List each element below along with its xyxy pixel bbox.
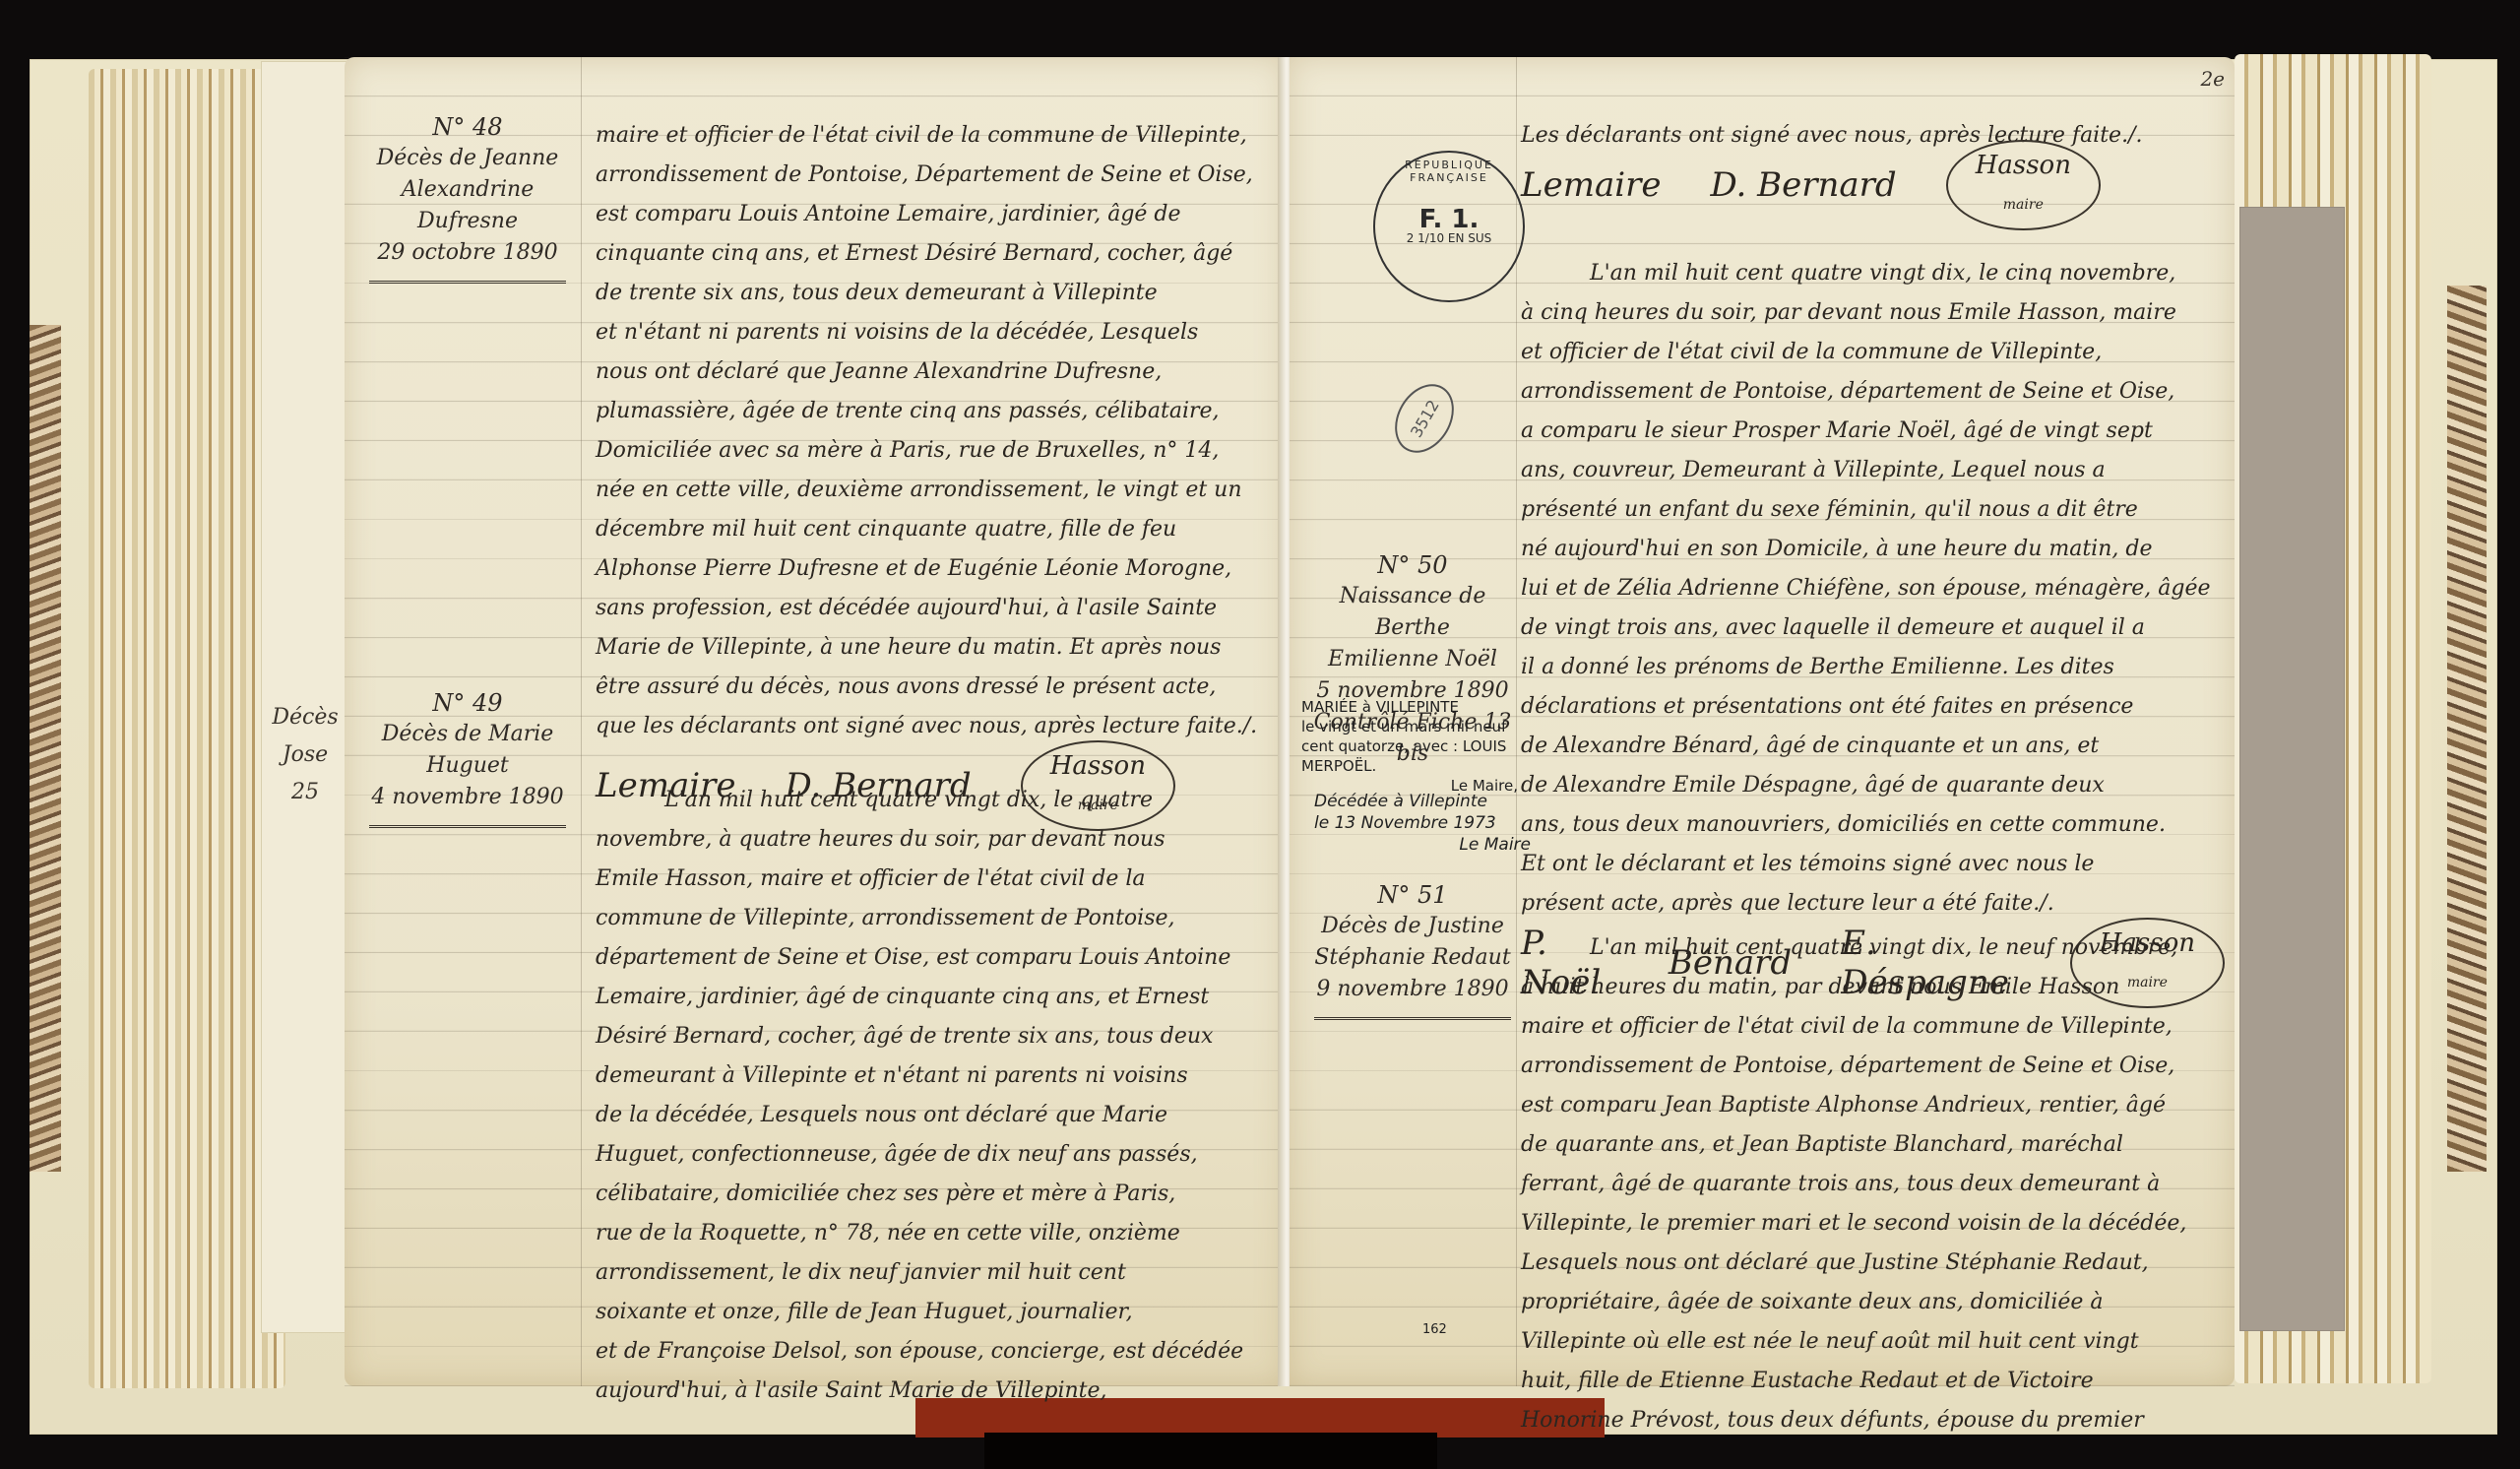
text-line: présent acte, après que lecture leur a é… bbox=[1521, 884, 2225, 924]
text-line: arrondissement de Pontoise, département … bbox=[1521, 372, 2225, 412]
marbled-board-left bbox=[30, 325, 61, 1172]
act-48-text: maire et officier de l'état civil de la … bbox=[596, 116, 1275, 825]
act-number: N° 48 bbox=[359, 111, 576, 143]
stamp-value: 2 1/10 EN SUS bbox=[1407, 231, 1492, 245]
act-title: Stéphanie Redaut bbox=[1304, 942, 1521, 974]
annotation-line: le vingt et un mars mil neuf bbox=[1301, 717, 1518, 736]
right-page: 2e RÉPUBLIQUE FRANÇAISE F. 1. 2 1/10 EN … bbox=[1290, 57, 2235, 1386]
text-line: huit, fille de Etienne Eustache Redaut e… bbox=[1521, 1362, 2225, 1401]
text-line: ans, couvreur, Demeurant à Villepinte, L… bbox=[1521, 451, 2225, 490]
annotation-line: cent quatorze, avec : LOUIS bbox=[1301, 736, 1518, 756]
text-line: Les déclarants ont signé avec nous, aprè… bbox=[1521, 116, 2225, 156]
text-line: né aujourd'hui en son Domicile, à une he… bbox=[1521, 530, 2225, 569]
text-line: soixante et onze, fille de Jean Huguet, … bbox=[596, 1293, 1275, 1332]
act-date: 9 novembre 1890 bbox=[1304, 974, 1521, 1005]
act-50-text: L'an mil huit cent quatre vingt dix, le … bbox=[1521, 254, 2225, 1002]
text-line: à huit heures du matin, par devant nous … bbox=[1521, 968, 2225, 1007]
text-line: nous ont déclaré que Jeanne Alexandrine … bbox=[596, 352, 1275, 392]
text-line: et n'étant ni parents ni voisins de la d… bbox=[596, 313, 1275, 352]
stamp-ring-text: RÉPUBLIQUE FRANÇAISE bbox=[1375, 159, 1523, 184]
text-line: Domiciliée avec sa mère à Paris, rue de … bbox=[596, 431, 1275, 471]
text-line: célibataire, domiciliée chez ses père et… bbox=[596, 1175, 1275, 1214]
tab-line: Décès bbox=[271, 699, 340, 736]
text-line: arrondissement, le dix neuf janvier mil … bbox=[596, 1253, 1275, 1293]
mayor-label: maire bbox=[1976, 185, 2071, 224]
text-line: déclarations et présentations ont été fa… bbox=[1521, 687, 2225, 727]
act-number: N° 49 bbox=[359, 687, 576, 719]
text-line: de trente six ans, tous deux demeurant à… bbox=[596, 274, 1275, 313]
text-line: Lemaire, jardinier, âgé de cinquante cin… bbox=[596, 978, 1275, 1017]
act-title: Emilienne Noël bbox=[1304, 644, 1521, 675]
divider bbox=[369, 281, 566, 284]
text-line: Marie de Villepinte, à une heure du mati… bbox=[596, 628, 1275, 668]
annotation-line: le 13 Novembre 1973 bbox=[1314, 812, 1531, 834]
margin-entry-48: N° 48 Décès de Jeanne Alexandrine Dufres… bbox=[359, 111, 576, 284]
tab-line: Jose bbox=[271, 736, 340, 774]
death-annotation: Décédée à Villepinte le 13 Novembre 1973… bbox=[1314, 791, 1531, 856]
text-line: propriétaire, âgée de soixante deux ans,… bbox=[1521, 1283, 2225, 1322]
text-line: rue de la Roquette, n° 78, née en cette … bbox=[596, 1214, 1275, 1253]
spine-shadow bbox=[984, 1433, 1437, 1469]
text-line: Lesquels nous ont déclaré que Justine St… bbox=[1521, 1244, 2225, 1283]
text-line: Et ont le déclarant et les témoins signé… bbox=[1521, 845, 2225, 884]
left-page: N° 48 Décès de Jeanne Alexandrine Dufres… bbox=[345, 57, 1285, 1386]
text-line: Villepinte, le premier mari et le second… bbox=[1521, 1204, 2225, 1244]
act-date: 4 novembre 1890 bbox=[359, 782, 576, 813]
text-line: lui et de Zélia Adrienne Chiéfène, son é… bbox=[1521, 569, 2225, 608]
text-line: Désiré Bernard, cocher, âgé de trente si… bbox=[596, 1017, 1275, 1056]
tab-line: 25 bbox=[271, 774, 340, 811]
signature: Hasson bbox=[1050, 751, 1146, 781]
text-line: Villepinte où elle est née le neuf août … bbox=[1521, 1322, 2225, 1362]
tax-stamp: RÉPUBLIQUE FRANÇAISE F. 1. 2 1/10 EN SUS bbox=[1373, 151, 1525, 302]
text-line: Huguet, confectionneuse, âgée de dix neu… bbox=[596, 1135, 1275, 1175]
text-line: que les déclarants ont signé avec nous, … bbox=[596, 707, 1275, 746]
text-line: décembre mil huit cent cinquante quatre,… bbox=[596, 510, 1275, 549]
text-line: plumassière, âgée de trente cinq ans pas… bbox=[596, 392, 1275, 431]
page-edges-left bbox=[89, 69, 285, 1388]
text-line: présenté un enfant du sexe féminin, qu'i… bbox=[1521, 490, 2225, 530]
annotation-line: Décédée à Villepinte bbox=[1314, 791, 1531, 812]
act-title: Décès de Justine bbox=[1304, 911, 1521, 942]
text-line: de la décédée, Lesquels nous ont déclaré… bbox=[596, 1096, 1275, 1135]
divider bbox=[369, 825, 566, 828]
text-line: Emile Hasson, maire et officier de l'éta… bbox=[596, 860, 1275, 899]
signature: Hasson bbox=[1976, 151, 2071, 180]
annotation-line: MARIÉE à VILLEPINTE bbox=[1301, 697, 1518, 717]
act-48-ending: Les déclarants ont signé avec nous, aprè… bbox=[1521, 116, 2225, 215]
act-49-text: L'an mil huit cent quatre vingt dix, le … bbox=[596, 781, 1275, 1411]
text-line: ans, tous deux manouvriers, domiciliés e… bbox=[1521, 805, 2225, 845]
text-line: L'an mil huit cent quatre vingt dix, le … bbox=[1521, 928, 2225, 968]
text-line: de Alexandre Bénard, âgé de cinquante et… bbox=[1521, 727, 2225, 766]
act-title: Décès de Jeanne bbox=[359, 143, 576, 174]
text-line: demeurant à Villepinte et n'étant ni par… bbox=[596, 1056, 1275, 1096]
text-line: commune de Villepinte, arrondissement de… bbox=[596, 899, 1275, 938]
grey-insert-slip bbox=[2239, 207, 2345, 1331]
act-51-text: L'an mil huit cent quatre vingt dix, le … bbox=[1521, 928, 2225, 1440]
mayor-signature: Hasson maire bbox=[1946, 140, 2101, 230]
act-title: Naissance de Berthe bbox=[1304, 581, 1521, 644]
act-title: Alexandrine Dufresne bbox=[359, 174, 576, 237]
text-line: Alphonse Pierre Dufresne et de Eugénie L… bbox=[596, 549, 1275, 589]
text-line: de Alexandre Emile Déspagne, âgé de quar… bbox=[1521, 766, 2225, 805]
act-title: Huguet bbox=[359, 750, 576, 782]
signature-row: Lemaire D. Bernard Hasson maire bbox=[1521, 156, 2225, 215]
text-line: a comparu le sieur Prosper Marie Noël, â… bbox=[1521, 412, 2225, 451]
text-line: maire et officier de l'état civil de la … bbox=[596, 116, 1275, 156]
text-line: être assuré du décès, nous avons dressé … bbox=[596, 668, 1275, 707]
signature: D. Bernard bbox=[1710, 165, 1896, 205]
margin-entry-51: N° 51 Décès de Justine Stéphanie Redaut … bbox=[1304, 879, 1521, 1020]
text-line: arrondissement de Pontoise, département … bbox=[1521, 1047, 2225, 1086]
folio-number: 162 bbox=[1422, 1322, 1447, 1337]
divider bbox=[1314, 1017, 1511, 1020]
text-line: de vingt trois ans, avec laquelle il dem… bbox=[1521, 608, 2225, 648]
text-line: née en cette ville, deuxième arrondissem… bbox=[596, 471, 1275, 510]
text-line: L'an mil huit cent quatre vingt dix, le … bbox=[596, 781, 1275, 820]
text-line: arrondissement de Pontoise, Département … bbox=[596, 156, 1275, 195]
text-line: cinquante cinq ans, et Ernest Désiré Ber… bbox=[596, 234, 1275, 274]
text-line: sans profession, est décédée aujourd'hui… bbox=[596, 589, 1275, 628]
text-line: maire et officier de l'état civil de la … bbox=[1521, 1007, 2225, 1047]
text-line: novembre, à quatre heures du soir, par d… bbox=[596, 820, 1275, 860]
text-line: et de Françoise Delsol, son épouse, conc… bbox=[596, 1332, 1275, 1372]
marriage-annotation: MARIÉE à VILLEPINTE le vingt et un mars … bbox=[1301, 697, 1518, 796]
oval-stamp: 3512 bbox=[1383, 373, 1466, 463]
text-line: de quarante ans, et Jean Baptiste Blanch… bbox=[1521, 1125, 2225, 1165]
annotation-line: Le Maire bbox=[1314, 834, 1531, 856]
text-line: ferrant, âgé de quarante trois ans, tous… bbox=[1521, 1165, 2225, 1204]
act-number: N° 50 bbox=[1304, 549, 1521, 581]
text-line: est comparu Jean Baptiste Alphonse Andri… bbox=[1521, 1086, 2225, 1125]
index-tab-text: Décès Jose 25 bbox=[271, 699, 340, 811]
margin-column: RÉPUBLIQUE FRANÇAISE F. 1. 2 1/10 EN SUS… bbox=[1290, 57, 1517, 1386]
marbled-board-right bbox=[2447, 286, 2487, 1172]
text-line: il a donné les prénoms de Berthe Emilien… bbox=[1521, 648, 2225, 687]
text-line: aujourd'hui, à l'asile Saint Marie de Vi… bbox=[596, 1372, 1275, 1411]
margin-column: N° 48 Décès de Jeanne Alexandrine Dufres… bbox=[345, 57, 582, 1386]
act-date: 29 octobre 1890 bbox=[359, 237, 576, 269]
annotation-line: MERPOËL. bbox=[1301, 756, 1518, 776]
text-line: Honorine Prévost, tous deux défunts, épo… bbox=[1521, 1401, 2225, 1440]
text-line: et officier de l'état civil de la commun… bbox=[1521, 333, 2225, 372]
text-line: est comparu Louis Antoine Lemaire, jardi… bbox=[596, 195, 1275, 234]
act-title: Décès de Marie bbox=[359, 719, 576, 750]
act-number: N° 51 bbox=[1304, 879, 1521, 911]
page-corner-mark: 2e bbox=[2200, 67, 2225, 91]
index-tab-left bbox=[261, 61, 351, 1333]
text-line: L'an mil huit cent quatre vingt dix, le … bbox=[1521, 254, 2225, 293]
stamp-amount: F. 1. bbox=[1407, 208, 1492, 231]
signature: Lemaire bbox=[1521, 165, 1661, 205]
text-line: département de Seine et Oise, est compar… bbox=[596, 938, 1275, 978]
margin-entry-49: N° 49 Décès de Marie Huguet 4 novembre 1… bbox=[359, 687, 576, 828]
text-line: à cinq heures du soir, par devant nous E… bbox=[1521, 293, 2225, 333]
